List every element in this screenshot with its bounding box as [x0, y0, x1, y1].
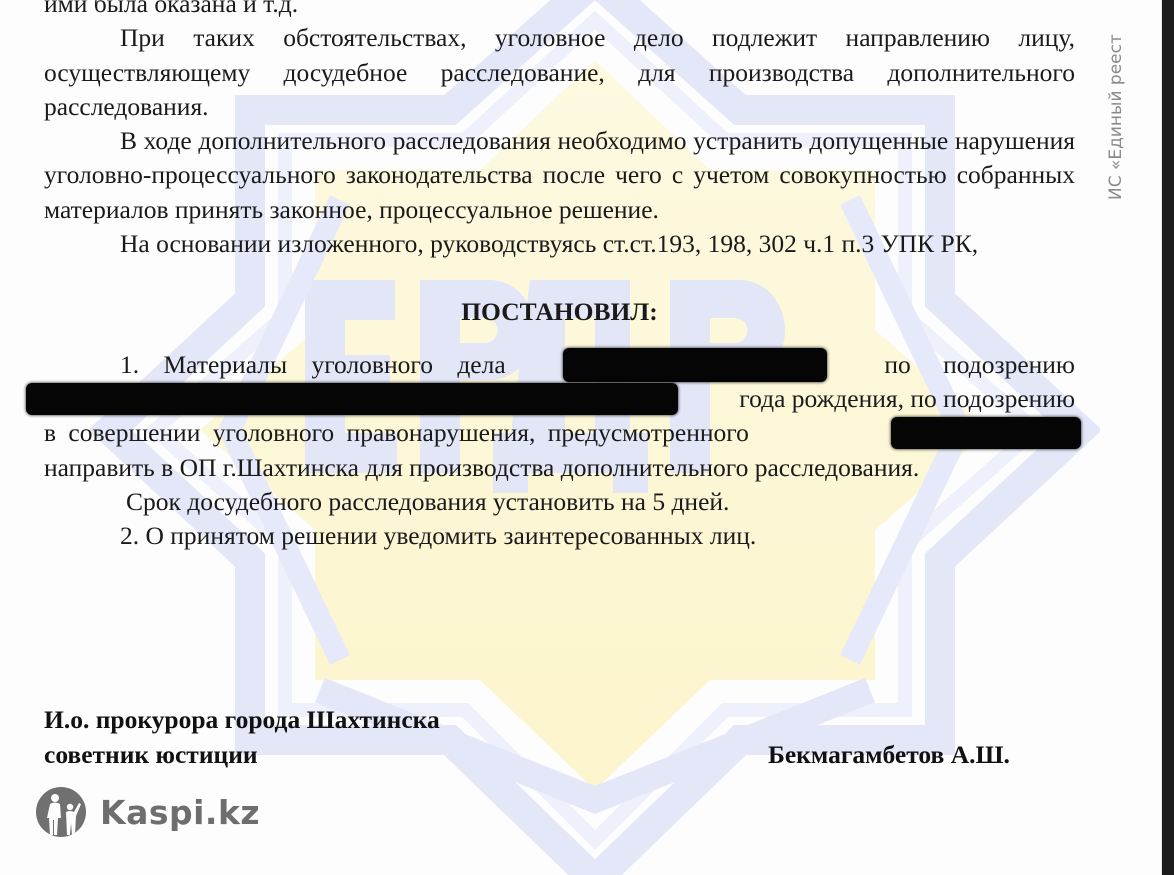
- item1-text-part1: 1. Материалы уголовного дела: [120, 348, 506, 382]
- kaspi-logo-icon: [36, 787, 86, 837]
- document-page: ими была оказана и т.д. При таких обстоя…: [0, 0, 1174, 875]
- item1-text-part3: года рождения, по подозрению: [739, 382, 1075, 416]
- redacted-suspect-name: [26, 383, 678, 415]
- paragraph-legal-basis: На основании изложенного, руководствуясь…: [44, 227, 1075, 261]
- signature-title-line2: советник юстиции: [44, 738, 258, 772]
- resolution-heading: ПОСТАНОВИЛ:: [44, 295, 1075, 329]
- kaspi-text: Kaspi.kz: [100, 793, 260, 832]
- paragraph-cut-top: ими была оказана и т.д.: [44, 0, 1075, 21]
- redacted-article: [891, 417, 1081, 449]
- redacted-case-number: [563, 348, 827, 382]
- item1-text-part5: направить в ОП г.Шахтинска для производс…: [44, 451, 1075, 485]
- paragraph-additional-investigation: В ходе дополнительного расследования нео…: [44, 124, 1075, 227]
- document-body: ими была оказана и т.д. При таких обстоя…: [44, 0, 1075, 553]
- signature-title-line1: И.о. прокурора города Шахтинска: [44, 703, 440, 737]
- side-registry-label: ИС «Единый реест: [1106, 34, 1126, 200]
- right-dark-edge: [1162, 0, 1174, 875]
- signature-name: Бекмагамбетов А.Ш.: [768, 738, 1010, 772]
- paragraph-circumstances: При таких обстоятельствах, уголовное дел…: [44, 21, 1075, 124]
- resolution-item-1: 1. Материалы уголовного дела по подозрен…: [44, 348, 1075, 485]
- term-line: Срок досудебного расследования установит…: [44, 485, 1075, 519]
- resolution-item-2: 2. О принятом решении уведомить заинтере…: [44, 519, 1075, 553]
- item1-text-part2: по подозрению: [884, 348, 1075, 382]
- kaspi-source-badge: Kaspi.kz: [36, 787, 260, 837]
- item1-text-part4: в совершении уголовного правонарушения, …: [44, 416, 749, 450]
